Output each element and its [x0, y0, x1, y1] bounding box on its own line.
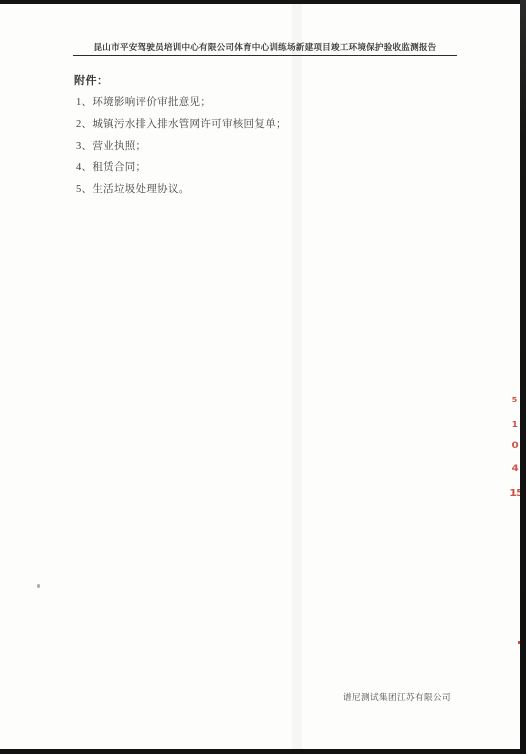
header-rule	[73, 55, 457, 56]
red-stamp-fragment: 5	[512, 396, 518, 404]
scan-edge-right	[520, 0, 526, 754]
footer-company-name: 谱尼测试集团江苏有限公司	[343, 691, 451, 703]
scan-speck	[37, 584, 40, 588]
red-stamp-fragment: 1	[512, 420, 518, 429]
attachment-item-4: 4、租赁合同；	[76, 159, 146, 174]
attachment-item-2: 2、城镇污水排入排水管网许可审核回复单；	[76, 116, 287, 131]
report-header-title: 昆山市平安驾驶员培训中心有限公司体育中心训练场新建项目竣工环境保护验收监测报告	[73, 41, 457, 53]
attachment-item-1: 1、环境影响评价审批意见；	[76, 94, 211, 109]
attachment-item-3: 3、营业执照；	[76, 138, 146, 153]
scanned-document-page: 昆山市平安驾驶员培训中心有限公司体育中心训练场新建项目竣工环境保护验收监测报告 …	[0, 0, 526, 754]
red-stamp-fragment: 0	[512, 441, 519, 451]
attachment-item-5: 5、生活垃圾处理协议。	[76, 181, 190, 196]
attachments-label: 附件：	[74, 72, 109, 88]
scan-edge-bottom	[0, 749, 526, 754]
red-stamp-fragment: 4	[512, 464, 519, 474]
scan-edge-top	[0, 0, 526, 4]
scan-shade-band	[292, 4, 302, 749]
